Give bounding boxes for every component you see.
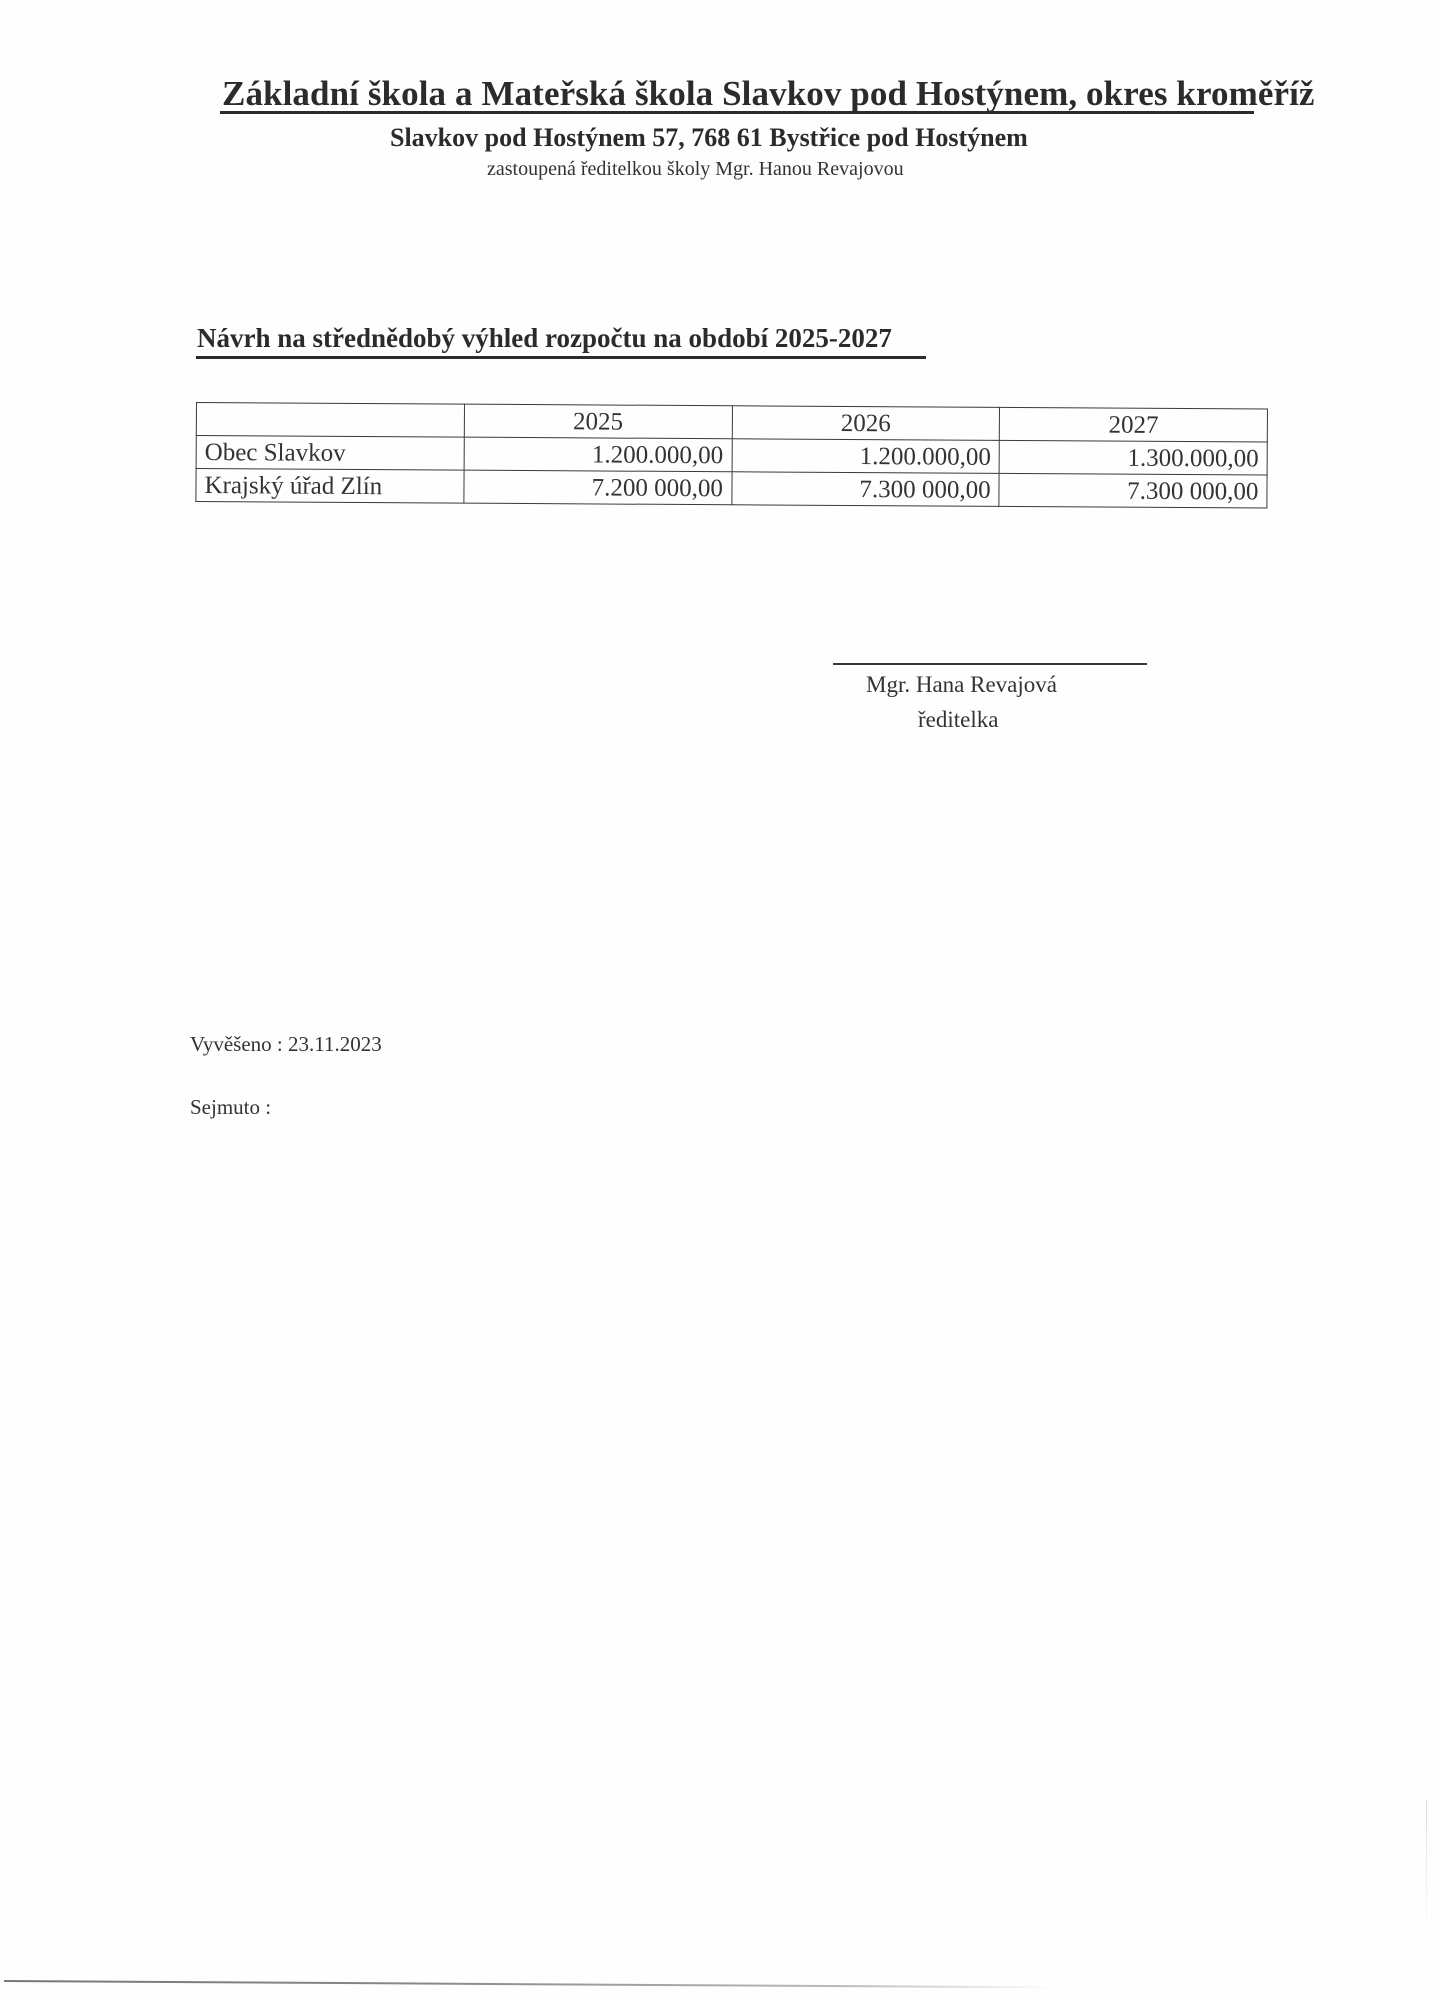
table-header-cell — [196, 403, 464, 438]
table-header-cell: 2027 — [1000, 407, 1268, 442]
removed-date: Sejmuto : — [190, 1094, 271, 1120]
table-header-cell: 2025 — [464, 404, 732, 439]
posted-date: Vyvěšeno : 23.11.2023 — [190, 1031, 382, 1057]
document-heading-underline — [196, 356, 926, 359]
table-cell: 7.200 000,00 — [464, 470, 732, 505]
document-heading: Návrh na střednědobý výhled rozpočtu na … — [197, 322, 892, 354]
budget-table: 2025 2026 2027 Obec Slavkov 1.200.000,00… — [195, 402, 1268, 509]
row-label: Krajský úřad Zlín — [196, 469, 464, 504]
table-cell: 1.300.000,00 — [999, 440, 1267, 475]
school-name-title: Základní škola a Mateřská škola Slavkov … — [222, 74, 1315, 114]
signatory-name: Mgr. Hana Revajová — [866, 671, 1057, 699]
school-representative: zastoupená ředitelkou školy Mgr. Hanou R… — [487, 157, 904, 181]
scanned-document-page: Základní škola a Mateřská škola Slavkov … — [0, 0, 1440, 2000]
table-cell: 7.300 000,00 — [731, 472, 999, 507]
table-header-cell: 2026 — [732, 406, 1000, 441]
signature-line — [833, 663, 1147, 665]
table-row: Krajský úřad Zlín 7.200 000,00 7.300 000… — [196, 469, 1267, 509]
signatory-role: ředitelka — [918, 706, 998, 734]
row-label: Obec Slavkov — [196, 436, 464, 471]
school-title-underline — [220, 111, 1254, 114]
table-cell: 1.200.000,00 — [464, 437, 732, 472]
school-address: Slavkov pod Hostýnem 57, 768 61 Bystřice… — [390, 122, 1028, 154]
scan-edge-shadow — [1426, 1800, 1427, 1940]
table-cell: 7.300 000,00 — [999, 473, 1267, 508]
scan-edge-line — [4, 1980, 1054, 1988]
table-cell: 1.200.000,00 — [732, 439, 1000, 474]
